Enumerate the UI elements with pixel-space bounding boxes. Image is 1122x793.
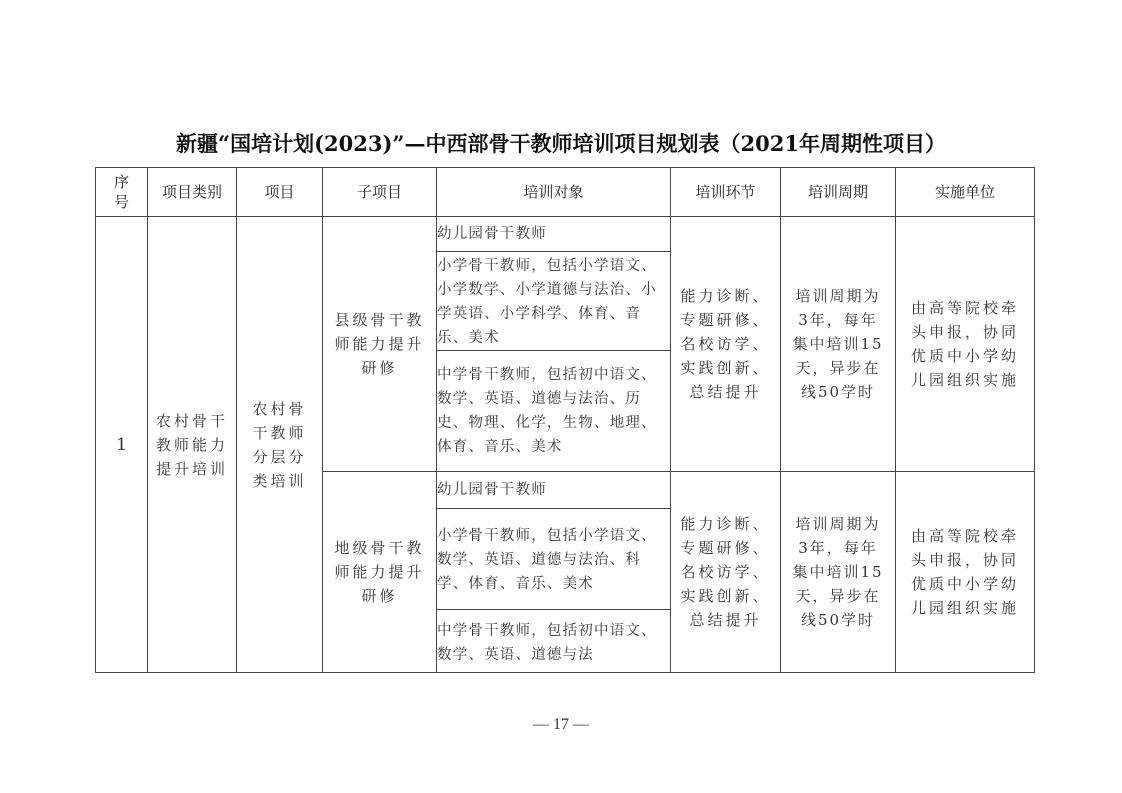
cell-target-secondary: 中学骨干教师，包括初中语文、数学、英语、道德与法: [437, 610, 671, 673]
project-value: 农村骨干教师分层分类培训: [252, 397, 308, 493]
header-category: 项目类别: [148, 168, 237, 217]
cell-project: 农村骨干教师分层分类培训: [237, 217, 323, 673]
cell-subproject-county: 县级骨干教师能力提升研修: [323, 217, 437, 472]
subproject-name: 地级骨干教师能力提升研修: [332, 536, 428, 608]
training-plan-table: 序 号 项目类别 项目 子项目 培训对象 培训环节 培训周期 实施单位 1 农村…: [95, 167, 1035, 673]
target-text: 小学骨干教师，包括小学语文、小学数学、小学道德与法治、小学英语、小学科学、体育、…: [437, 258, 657, 346]
cell-target-kindergarten: 幼儿园骨干教师: [437, 472, 671, 509]
implementer-value: 由高等院校牵头申报，协同优质中小学幼儿园组织实施: [906, 296, 1024, 392]
document-title: 新疆“国培计划(2023)”—中西部骨干教师培训项目规划表（2021年周期性项目…: [0, 128, 1122, 158]
header-subproject: 子项目: [323, 168, 437, 217]
header-project: 项目: [237, 168, 323, 217]
header-implementer: 实施单位: [896, 168, 1035, 217]
implementer-value: 由高等院校牵头申报，协同优质中小学幼儿园组织实施: [906, 524, 1024, 620]
header-seq-line1: 序: [96, 172, 147, 192]
header-stages: 培训环节: [671, 168, 781, 217]
cell-cycle: 培训周期为3年，每年集中培训15天，异步在线50学时: [781, 217, 896, 472]
page-number: — 17 —: [0, 716, 1122, 734]
cell-target-primary: 小学骨干教师，包括小学语文、小学数学、小学道德与法治、小学英语、小学科学、体育、…: [437, 252, 671, 351]
cell-implementer: 由高等院校牵头申报，协同优质中小学幼儿园组织实施: [896, 472, 1035, 673]
cell-target-secondary: 中学骨干教师，包括初中语文、数学、英语、道德与法治、历史、物理、化学，生物、地理…: [437, 351, 671, 472]
table-row: 1 农村骨干教师能力提升培训 农村骨干教师分层分类培训 县级骨干教师能力提升研修…: [96, 217, 1035, 252]
target-text: 中学骨干教师，包括初中语文、数学、英语、道德与法治、历史、物理、化学，生物、地理…: [437, 367, 657, 455]
header-cycle: 培训周期: [781, 168, 896, 217]
seq-value: 1: [116, 435, 127, 455]
cell-stages: 能力诊断、专题研修、名校访学、实践创新、总结提升: [671, 217, 781, 472]
header-seq-line2: 号: [96, 192, 147, 212]
cell-target-kindergarten: 幼儿园骨干教师: [437, 217, 671, 252]
cell-stages: 能力诊断、专题研修、名校访学、实践创新、总结提升: [671, 472, 781, 673]
cell-implementer: 由高等院校牵头申报，协同优质中小学幼儿园组织实施: [896, 217, 1035, 472]
cell-cycle: 培训周期为3年，每年集中培训15天，异步在线50学时: [781, 472, 896, 673]
cell-subproject-prefecture: 地级骨干教师能力提升研修: [323, 472, 437, 673]
cell-target-primary: 小学骨干教师，包括小学语文、数学、英语、道德与法治、科学、体育、音乐、美术: [437, 509, 671, 610]
category-value: 农村骨干教师能力提升培训: [154, 409, 230, 481]
subproject-name: 县级骨干教师能力提升研修: [332, 308, 428, 380]
target-text: 中学骨干教师，包括初中语文、数学、英语、道德与法: [437, 623, 657, 663]
stages-value: 能力诊断、专题研修、名校访学、实践创新、总结提升: [680, 284, 772, 404]
cell-seq: 1: [96, 217, 148, 673]
target-text: 小学骨干教师，包括小学语文、数学、英语、道德与法治、科学、体育、音乐、美术: [437, 528, 657, 592]
target-text: 幼儿园骨干教师: [437, 226, 547, 242]
cycle-value: 培训周期为3年，每年集中培训15天，异步在线50学时: [790, 512, 886, 632]
cycle-value: 培训周期为3年，每年集中培训15天，异步在线50学时: [790, 284, 886, 404]
cell-category: 农村骨干教师能力提升培训: [148, 217, 237, 673]
header-target: 培训对象: [437, 168, 671, 217]
stages-value: 能力诊断、专题研修、名校访学、实践创新、总结提升: [680, 512, 772, 632]
header-seq: 序 号: [96, 168, 148, 217]
table-header-row: 序 号 项目类别 项目 子项目 培训对象 培训环节 培训周期 实施单位: [96, 168, 1035, 217]
target-text: 幼儿园骨干教师: [437, 482, 547, 498]
